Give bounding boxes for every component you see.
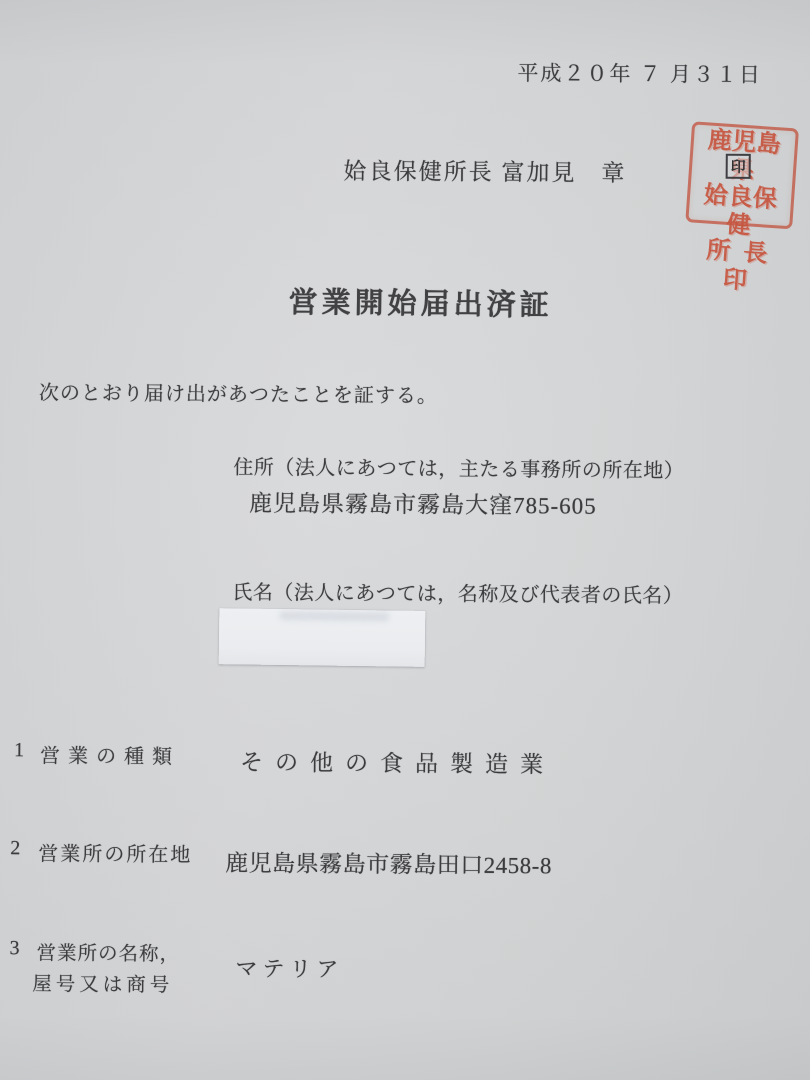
seal-text-row: 所長印: [685, 237, 799, 300]
address-label: 住所（法人にあつては，主たる事務所の所在地）: [233, 451, 684, 484]
item-value: その他の食品製造業: [240, 744, 555, 779]
item-number: 3: [9, 937, 19, 960]
printed-in-mark-box: 印: [726, 154, 751, 179]
item-value: マテリア: [235, 952, 343, 984]
item-number: 2: [10, 837, 20, 860]
item-business-address: 2 営業所の所在地 鹿児島県霧島市霧島田口2458-8: [0, 835, 803, 841]
item-label-line2: 屋号又は商号: [32, 968, 173, 997]
item-label: 営業所の所在地: [38, 837, 192, 867]
certification-statement: 次のとおり届け出があつたことを証する。: [39, 376, 438, 408]
issue-date: 平成２０年 ７ 月３１日: [517, 57, 762, 89]
name-label: 氏名（法人にあつては，名称及び代表者の氏名）: [232, 576, 683, 609]
document-photo: 平成２０年 ７ 月３１日 姶良保健所長 富加見 章 印 鹿児島県 姶良保健 所長…: [0, 0, 810, 1080]
seal-text-row: 姶良保健: [689, 182, 790, 244]
item-business-name: 3 営業所の名称， 屋号又は商号 マテリア: [0, 935, 803, 941]
name-redaction-box: [219, 608, 426, 667]
item-label: 営業の種類: [40, 739, 180, 769]
address-value: 鹿児島県霧島市霧島大窪785-605: [249, 485, 597, 521]
item-business-type: 1 営業の種類 その他の食品製造業: [0, 737, 804, 743]
item-number: 1: [14, 739, 24, 762]
issuer-name: 姶良保健所長 富加見 章: [344, 153, 627, 188]
paper-content: 平成２０年 ７ 月３１日 姶良保健所長 富加見 章 印 鹿児島県 姶良保健 所長…: [0, 0, 810, 1080]
item-value: 鹿児島県霧島市霧島田口2458-8: [225, 845, 552, 881]
item-label: 営業所の名称，: [36, 937, 180, 966]
document-title: 営業開始届出済証: [288, 280, 552, 324]
